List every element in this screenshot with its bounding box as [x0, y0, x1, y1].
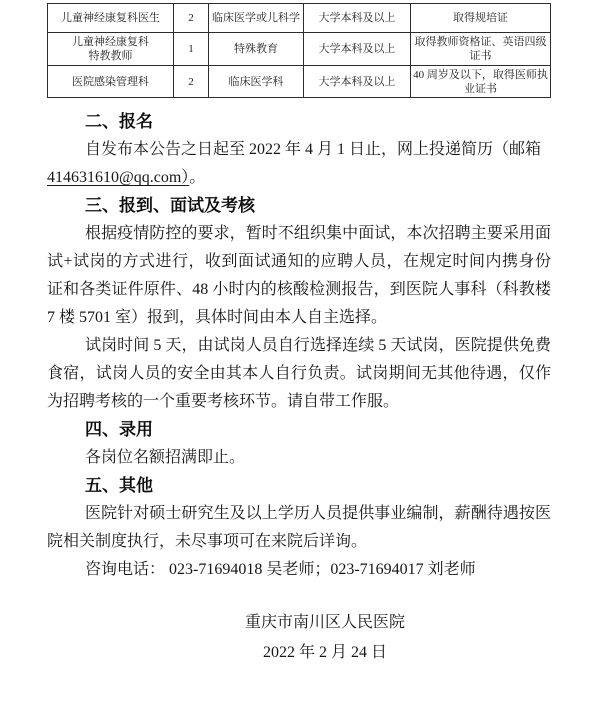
- education-cell: 大学本科及以上: [304, 4, 411, 33]
- checkin-section-heading: 三、报到、面试及考核: [47, 192, 551, 220]
- checkin-paragraph-1: 根据疫情防控的要求，暂时不组织集中面试，本次招聘主要采用面试+试岗的方式进行，收…: [47, 220, 551, 332]
- education-cell: 大学本科及以上: [304, 66, 411, 98]
- major-cell: 临床医学科: [209, 66, 304, 98]
- signup-paragraph-text: 自发布本公告之日起至 2022 年 4 月 1 日止，网上投递简历（邮箱: [85, 141, 541, 158]
- document-page: 儿童神经康复科医生 2 临床医学或儿科学 大学本科及以上 取得规培证 儿童神经康…: [0, 0, 591, 701]
- count-cell: 2: [174, 4, 209, 33]
- signup-section-heading: 二、报名: [47, 108, 551, 136]
- requirement-cell: 取得规培证: [411, 4, 551, 33]
- document-body: 二、报名 自发布本公告之日起至 2022 年 4 月 1 日止，网上投递简历（邮…: [47, 108, 551, 668]
- position-cell: 儿童神经康复科医生: [48, 4, 174, 33]
- signup-paragraph-period: 。: [189, 169, 205, 186]
- signature-date: 2022 年 2 月 24 日: [99, 638, 551, 668]
- requirement-cell: 取得教师资格证、英语四级 证书: [411, 33, 551, 66]
- major-cell: 特殊教育: [209, 33, 304, 66]
- position-cell: 医院感染管理科: [48, 66, 174, 98]
- signup-paragraph: 自发布本公告之日起至 2022 年 4 月 1 日止，网上投递简历（邮箱4146…: [47, 136, 551, 192]
- hiring-section-heading: 四、录用: [47, 416, 551, 444]
- hiring-paragraph: 各岗位名额招满即止。: [47, 444, 551, 472]
- position-cell: 儿童神经康复科 特教教师: [48, 33, 174, 66]
- education-cell: 大学本科及以上: [304, 33, 411, 66]
- requirement-cell: 40 周岁及以下，取得医师执 业证书: [411, 66, 551, 98]
- count-cell: 2: [174, 66, 209, 98]
- table-row: 儿童神经康复科医生 2 临床医学或儿科学 大学本科及以上 取得规培证: [48, 4, 551, 33]
- recruitment-positions-table: 儿童神经康复科医生 2 临床医学或儿科学 大学本科及以上 取得规培证 儿童神经康…: [47, 3, 551, 98]
- organization-name: 重庆市南川区人民医院: [99, 608, 551, 638]
- table-row: 医院感染管理科 2 临床医学科 大学本科及以上 40 周岁及以下，取得医师执 业…: [48, 66, 551, 98]
- count-cell: 1: [174, 33, 209, 66]
- major-cell: 临床医学或儿科学: [209, 4, 304, 33]
- signature-block: 重庆市南川区人民医院 2022 年 2 月 24 日: [47, 608, 551, 668]
- other-section-heading: 五、其他: [47, 472, 551, 500]
- table-row: 儿童神经康复科 特教教师 1 特殊教育 大学本科及以上 取得教师资格证、英语四级…: [48, 33, 551, 66]
- phone-line: 咨询电话： 023-71694018 吴老师；023-71694017 刘老师: [47, 556, 551, 584]
- other-paragraph: 医院针对硕士研究生及以上学历人员提供事业编制，薪酬待遇按医院相关制度执行，未尽事…: [47, 500, 551, 556]
- email-link[interactable]: 414631610@qq.com）: [47, 169, 189, 186]
- checkin-paragraph-2: 试岗时间 5 天，由试岗人员自行选择连续 5 天试岗，医院提供免费食宿，试岗人员…: [47, 332, 551, 416]
